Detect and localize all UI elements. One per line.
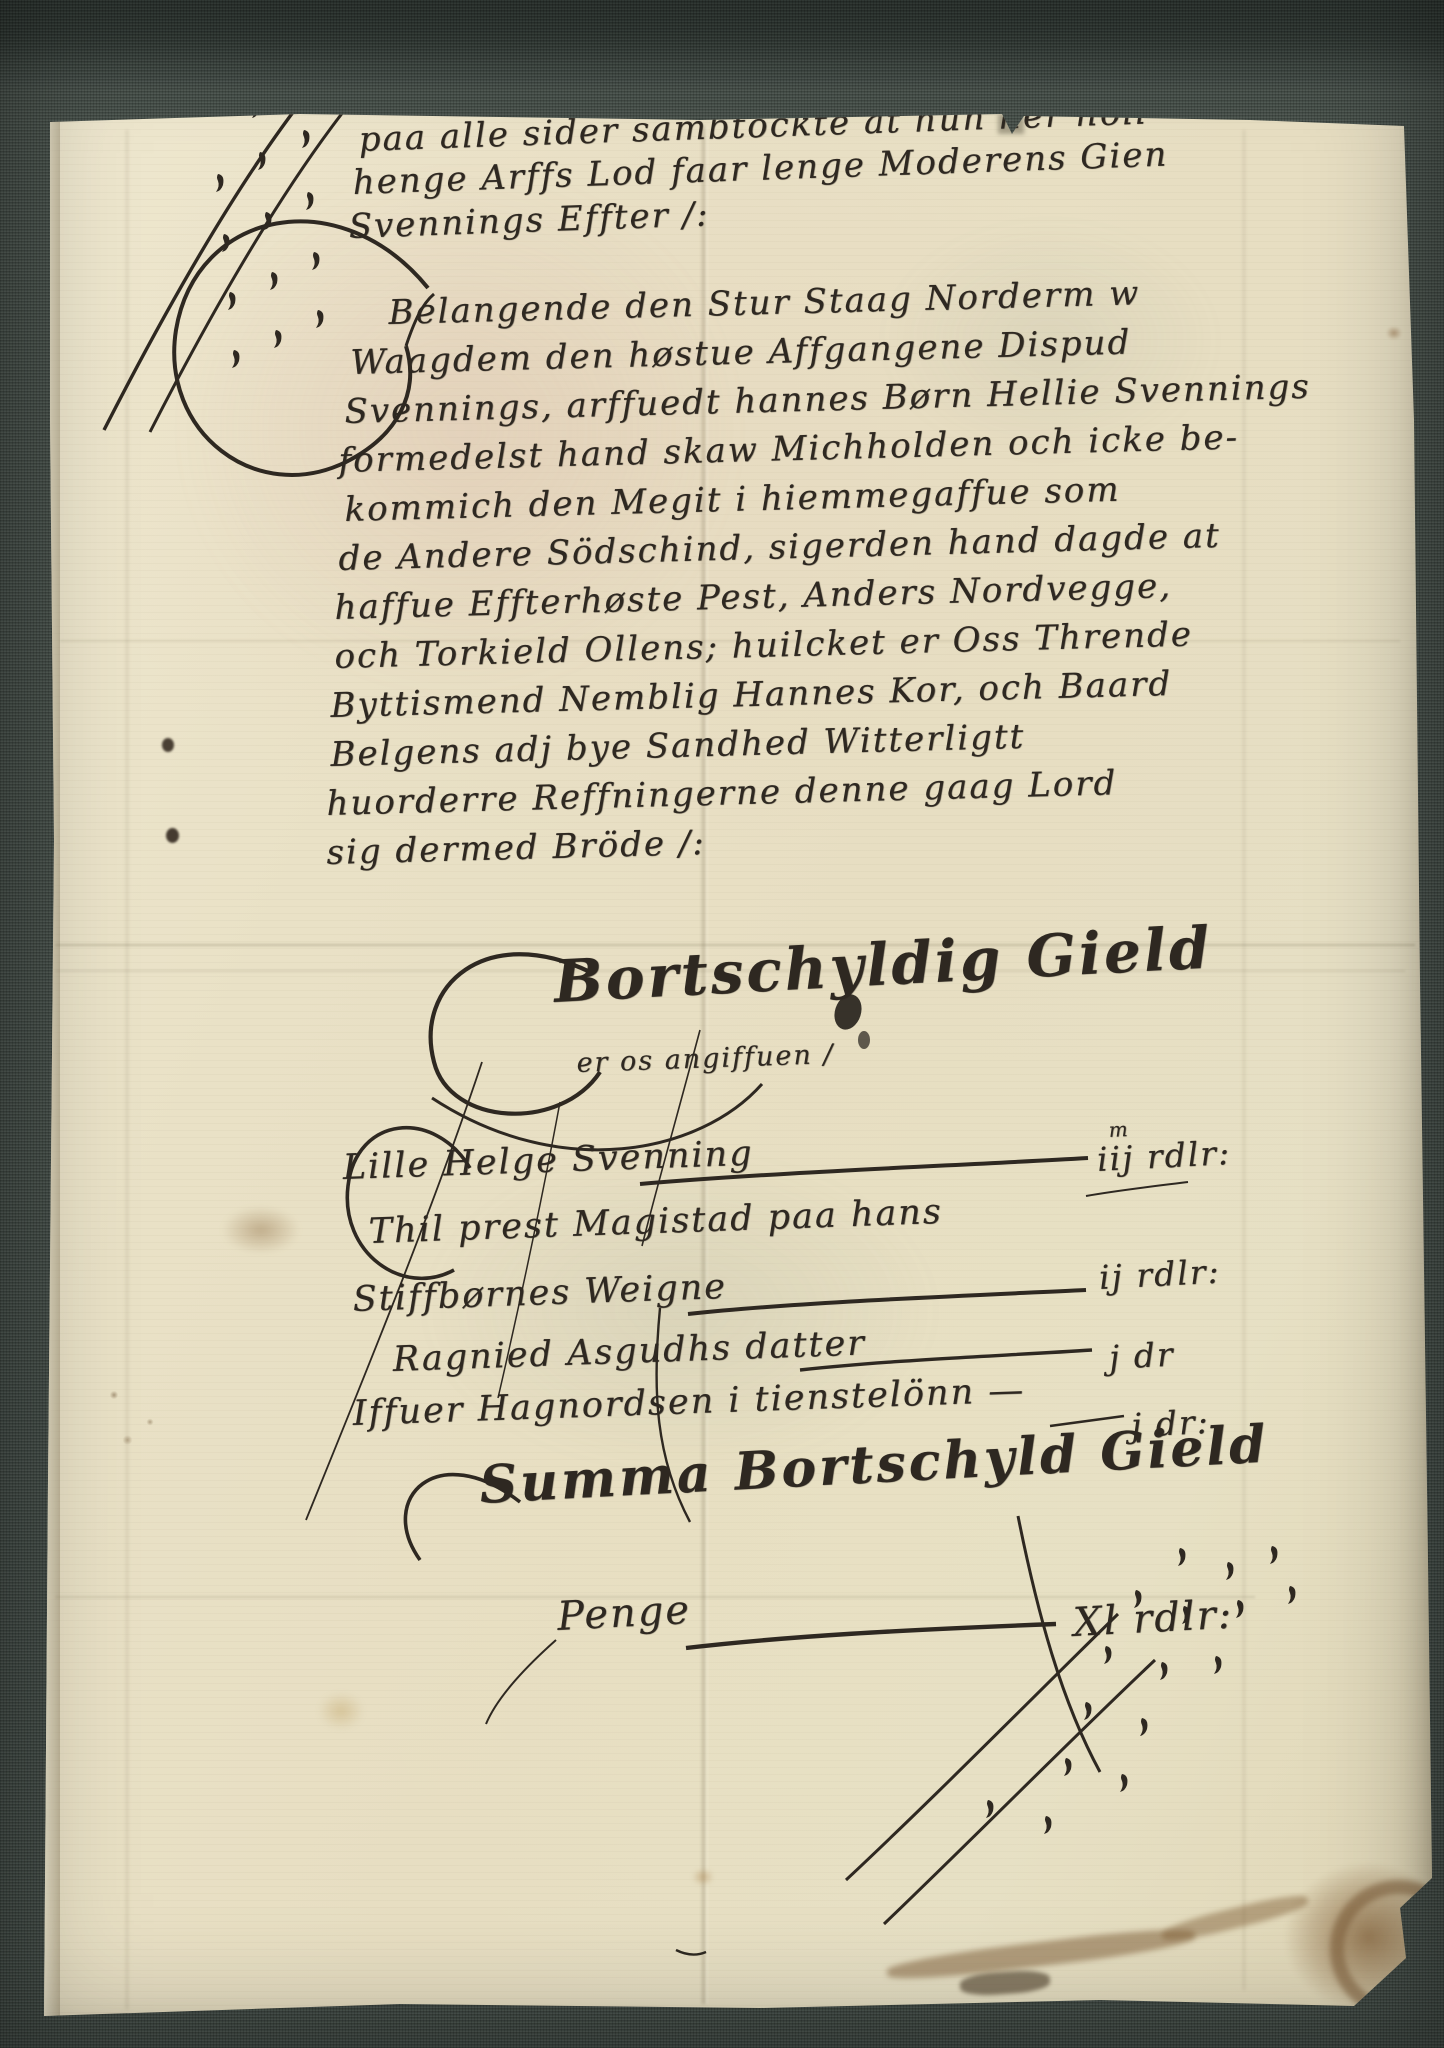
body-line: sig dermed Bröde /: [326, 823, 706, 873]
ink-spot-left-2 [166, 828, 179, 843]
edge-stain-right [1386, 326, 1402, 340]
summa-total-rule [486, 1516, 1100, 1772]
summa-label: Summa Bortschyld Gield [478, 1414, 1270, 1516]
yellow-stain-2 [692, 1868, 714, 1886]
section-subheading: er os angiffuen / [576, 1039, 835, 1079]
body-line: huorderre Reffningerne denne gaag Lord [326, 763, 1118, 824]
debt-item-label: Ragnied Asgudhs datter [392, 1323, 867, 1379]
opening-line: Svennings Effter /: [348, 194, 710, 247]
top-left-comma-cluster [216, 80, 323, 368]
body-line: Belgens adj bye Sandhed Witterligtt [330, 717, 1026, 775]
debt-item-amount: ij rdlr: [1098, 1252, 1221, 1297]
debt-item-label: Thil prest Magistad paa hans [368, 1192, 943, 1252]
corner-streak-3 [959, 1969, 1050, 1997]
summa-amount: Xl rdlr: [1072, 1592, 1234, 1646]
ink-spot-left-1 [162, 738, 174, 752]
debt-item-amount: iij rdlr: [1096, 1133, 1232, 1179]
debt-item-label: Lille Helge Svenning [342, 1134, 754, 1188]
section-heading: Bortschyldig Gield [552, 913, 1214, 1015]
summa-currency: Penge [556, 1587, 692, 1640]
debt-item-label: Iffuer Hagnordsen i tienstelönn — [352, 1371, 1026, 1434]
left-crease [126, 130, 128, 2010]
archive-backing: Tøbbelle och Østerland i Tøbbelle, huilc… [0, 0, 1444, 2048]
opening-line: Tøbbelle och Østerland i Tøbbelle, huilc… [322, 45, 1206, 116]
bottom-right-comma-cluster [986, 1546, 1295, 1834]
corner-stain-arc [1330, 1880, 1444, 2018]
debt-item-label2: Stiffbørnes Weigne [352, 1267, 728, 1320]
brown-stain-left [222, 1206, 300, 1254]
corner-stain-big [1284, 1862, 1444, 2012]
yellow-stain-1 [318, 1692, 364, 1730]
bottom-right-closing-flourish [676, 1614, 1155, 1955]
deckle-edge-left [44, 114, 60, 2016]
debt-item-amount: j dr [1108, 1335, 1176, 1377]
top-left-reference-flourish [104, 66, 364, 432]
corner-streak-2 [1160, 1890, 1310, 1946]
speckle-cluster-left [96, 1368, 186, 1458]
body-line: Belangende den Stur Staag Norderm w [388, 273, 1141, 333]
edge-stain-top-right [1344, 84, 1366, 102]
manuscript-page: Tøbbelle och Østerland i Tøbbelle, huilc… [0, 0, 1444, 2048]
right-crease [1243, 130, 1245, 1990]
corner-streak-1 [886, 1923, 1197, 1985]
